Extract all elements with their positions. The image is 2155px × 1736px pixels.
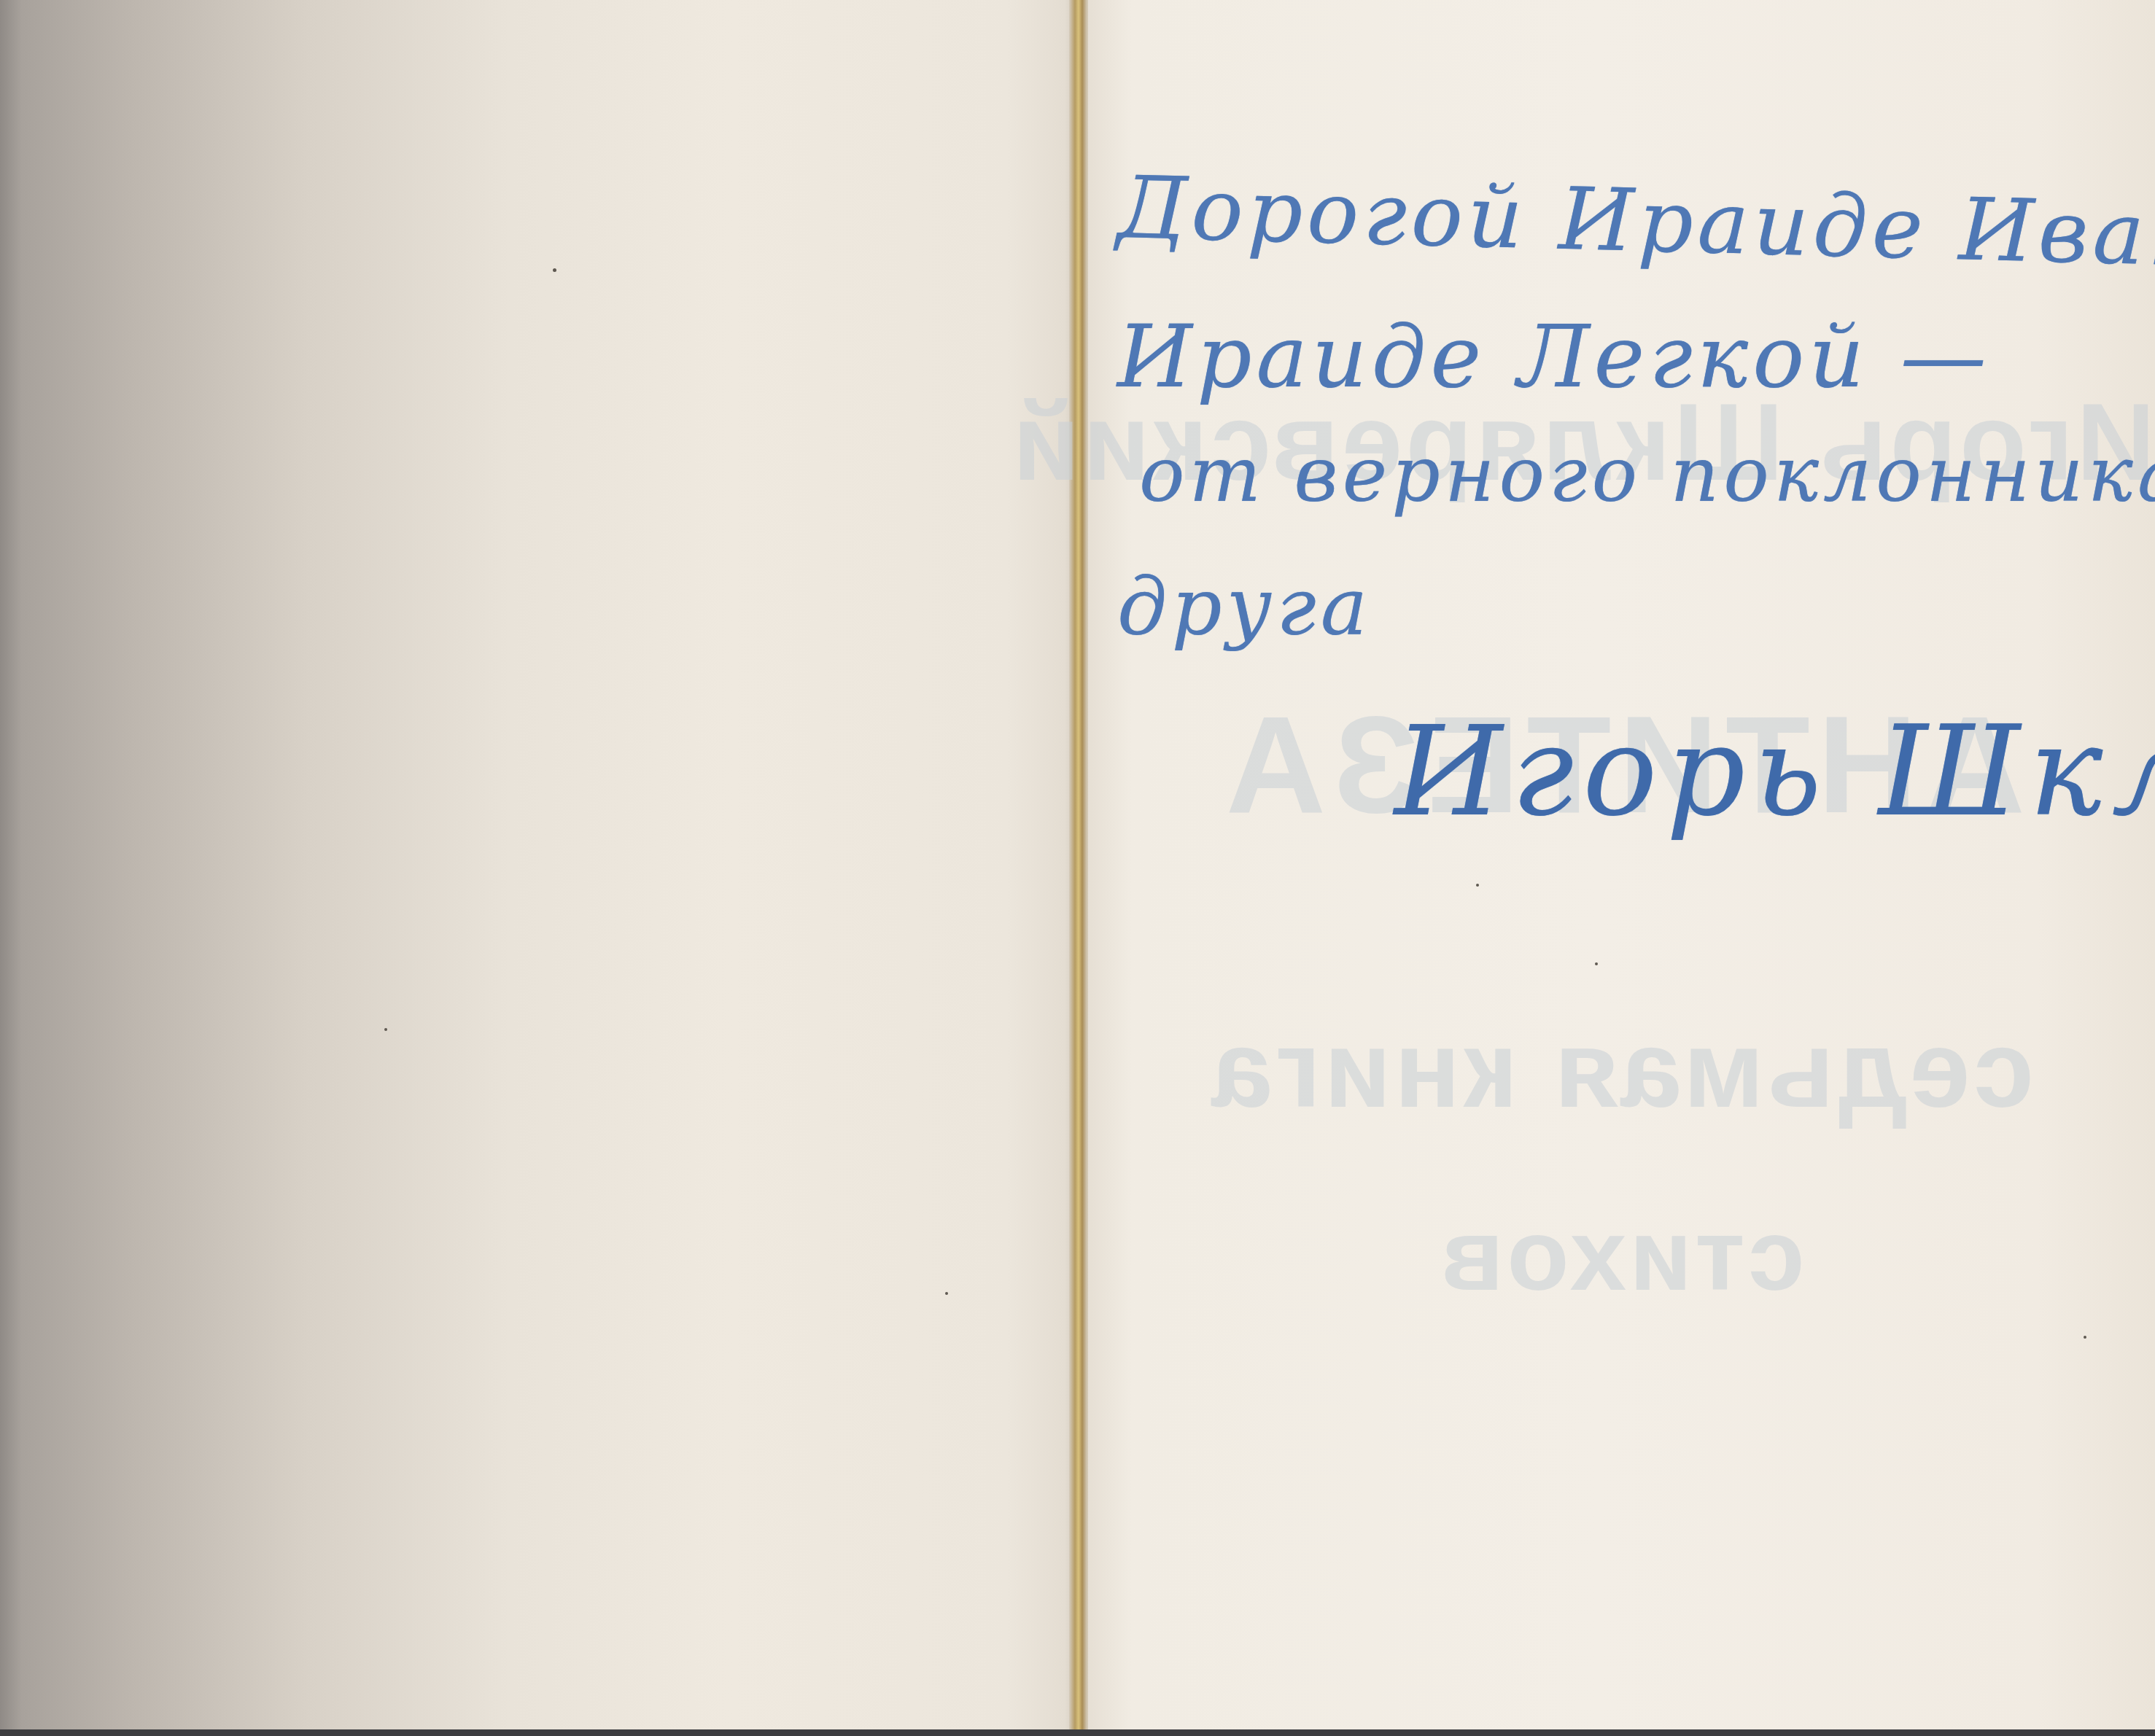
paper-speck <box>553 268 556 272</box>
scanner-background-strip <box>0 1729 2155 1736</box>
inscription-line-4: друга <box>1117 561 1372 653</box>
inscription-signature: Игорь Шкляревский <box>1394 700 2155 844</box>
paper-speck <box>1595 962 1598 965</box>
book-spread: Игорь Шкляревский АНТИТЕЗА седьмая книга… <box>0 0 2155 1729</box>
handwritten-inscription: Дорогой Ираиде Ивановне, Ираиде Легкой —… <box>1088 0 2155 1729</box>
right-page: Игорь Шкляревский АНТИТЕЗА седьмая книга… <box>1088 0 2155 1729</box>
paper-speck <box>384 1028 387 1031</box>
paper-speck <box>945 1292 948 1295</box>
inscription-line-3: от верного поклонника и <box>1139 430 2155 519</box>
inscription-line-2: Ираиде Легкой — <box>1117 306 1991 407</box>
inscription-line-1: Дорогой Ираиде Ивановне, <box>1116 157 2155 292</box>
paper-speck <box>2084 1336 2086 1339</box>
left-page <box>0 0 1073 1729</box>
paper-speck <box>1476 884 1479 887</box>
